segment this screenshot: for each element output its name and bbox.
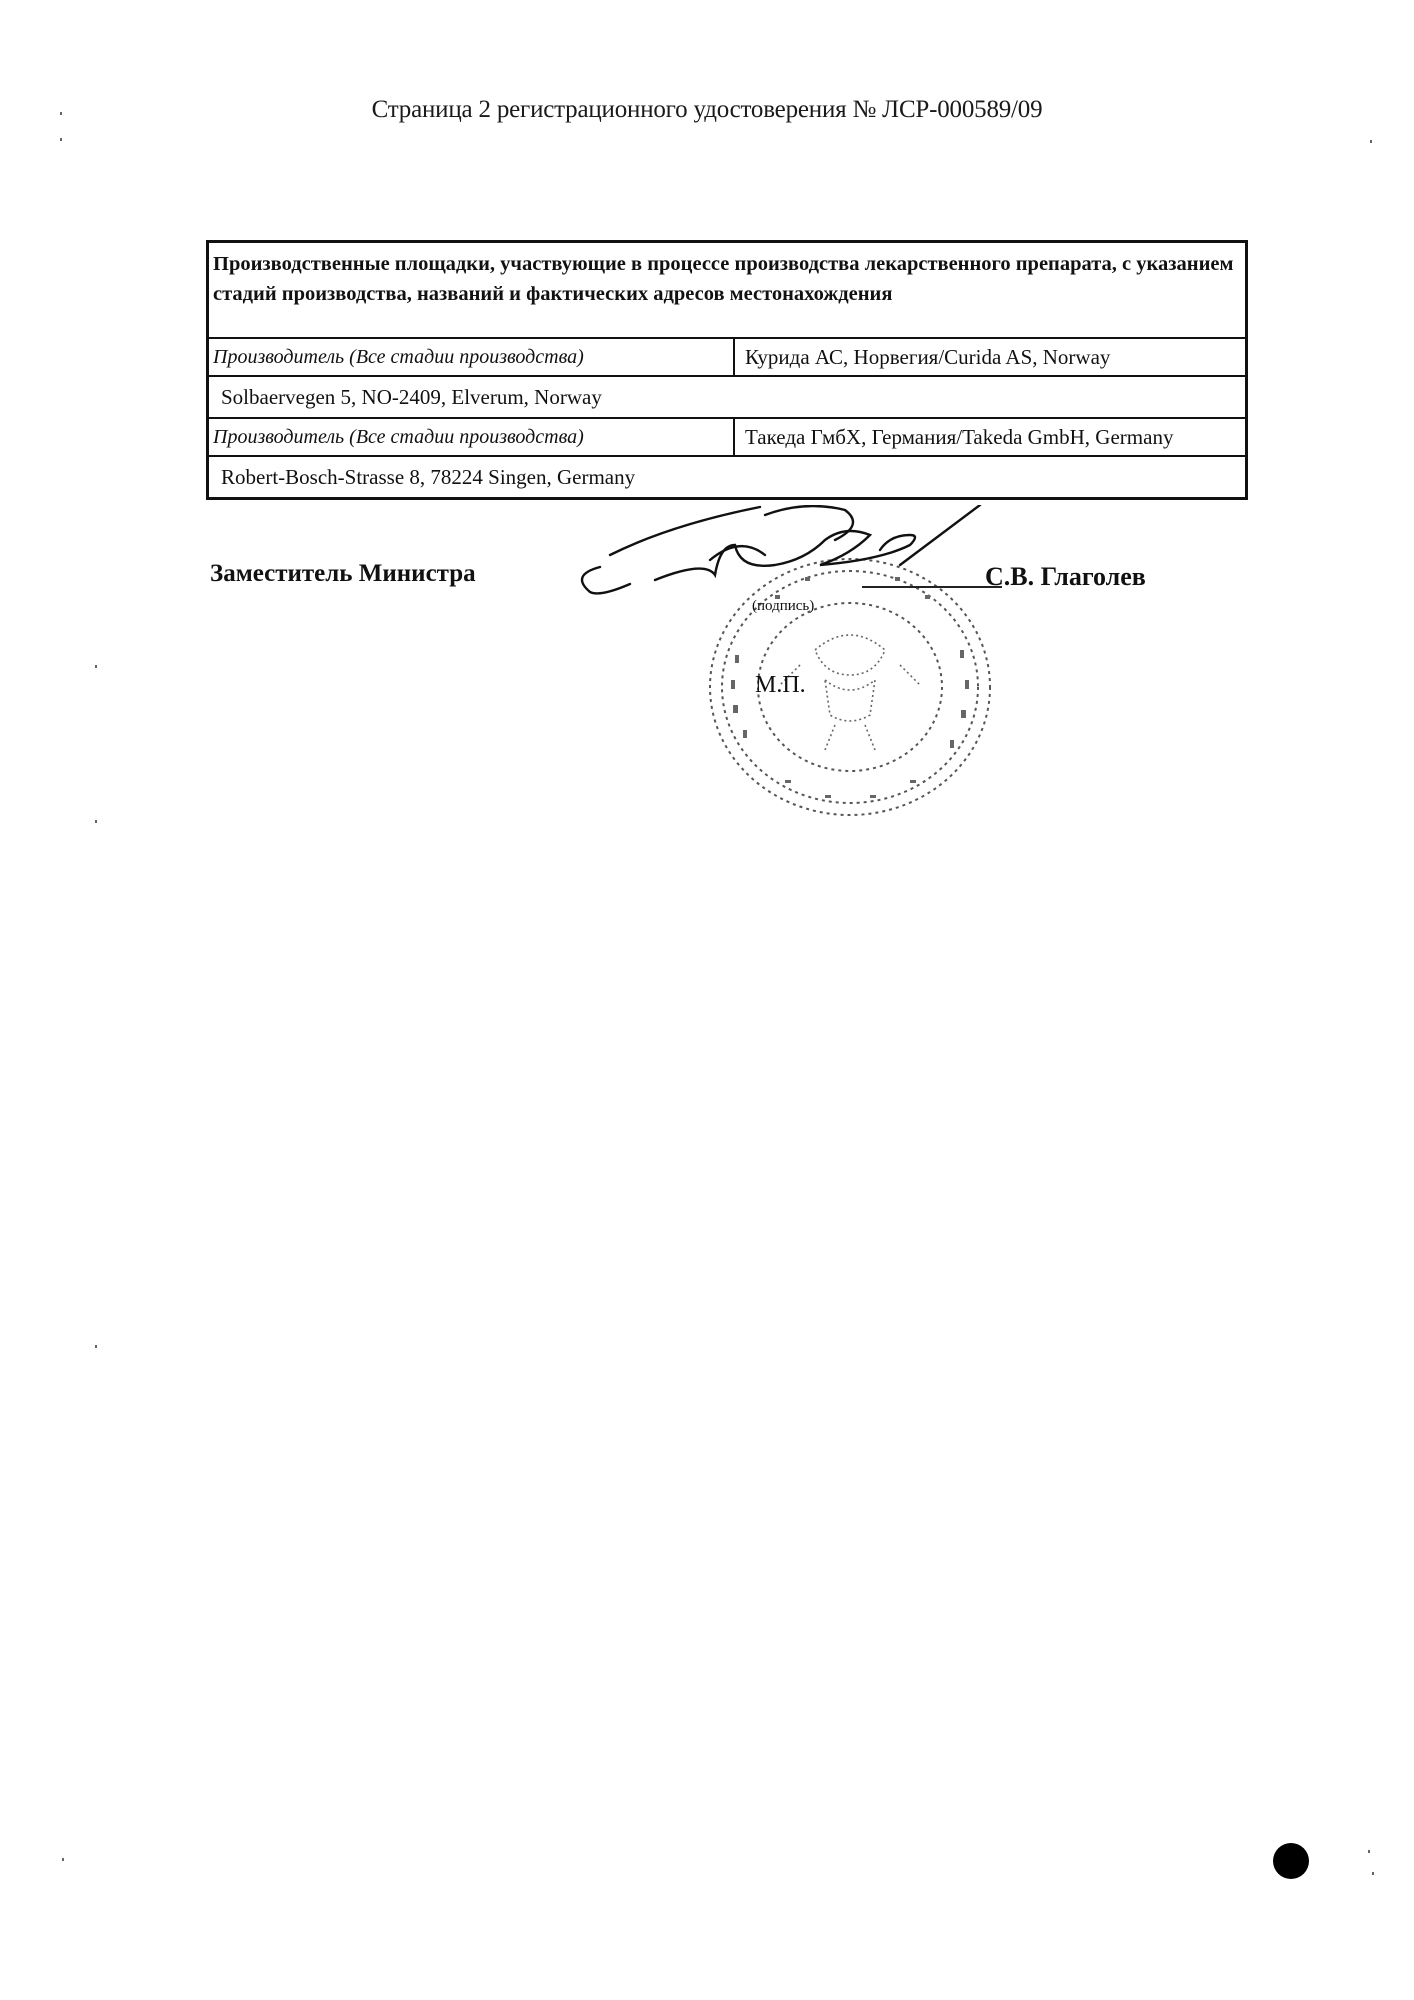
site-role: Производитель (Все стадии производства) (208, 418, 735, 456)
scan-speck (95, 1345, 97, 1348)
scan-speck (95, 665, 97, 668)
table-row: Производитель (Все стадии производства) … (208, 418, 1247, 456)
signature-line (862, 586, 1002, 588)
table-heading-row: Производственные площадки, участвующие в… (208, 242, 1247, 339)
table-row: Robert-Bosch-Strasse 8, 78224 Singen, Ge… (208, 456, 1247, 499)
site-name: Такеда ГмбХ, Германия/Takeda GmbH, Germa… (734, 418, 1247, 456)
signature-caption: (подпись) (752, 598, 814, 615)
scan-speck (60, 138, 62, 141)
site-address: Solbaervegen 5, NO-2409, Elverum, Norway (208, 376, 1247, 418)
table-heading: Производственные площадки, участвующие в… (208, 242, 1247, 339)
table-row: Производитель (Все стадии производства) … (208, 338, 1247, 376)
manufacturing-sites-table: Производственные площадки, участвующие в… (206, 240, 1248, 500)
scan-speck (1370, 140, 1372, 143)
scan-hole-punch-dot (1273, 1843, 1309, 1879)
site-name: Курида АС, Норвегия/Curida AS, Norway (734, 338, 1247, 376)
scan-speck (95, 820, 97, 823)
scan-speck (60, 112, 62, 115)
site-role: Производитель (Все стадии производства) (208, 338, 735, 376)
seal-caption: М.П. (755, 672, 806, 699)
signatory-name: С.В. Глаголев (985, 562, 1146, 592)
scan-speck (1368, 1850, 1370, 1853)
table-row: Solbaervegen 5, NO-2409, Elverum, Norway (208, 376, 1247, 418)
deputy-minister-title: Заместитель Министра (210, 560, 476, 588)
scan-speck (1372, 1872, 1374, 1875)
scan-speck (62, 1858, 64, 1861)
page-header: Страница 2 регистрационного удостоверени… (0, 96, 1414, 124)
site-address: Robert-Bosch-Strasse 8, 78224 Singen, Ge… (208, 456, 1247, 499)
